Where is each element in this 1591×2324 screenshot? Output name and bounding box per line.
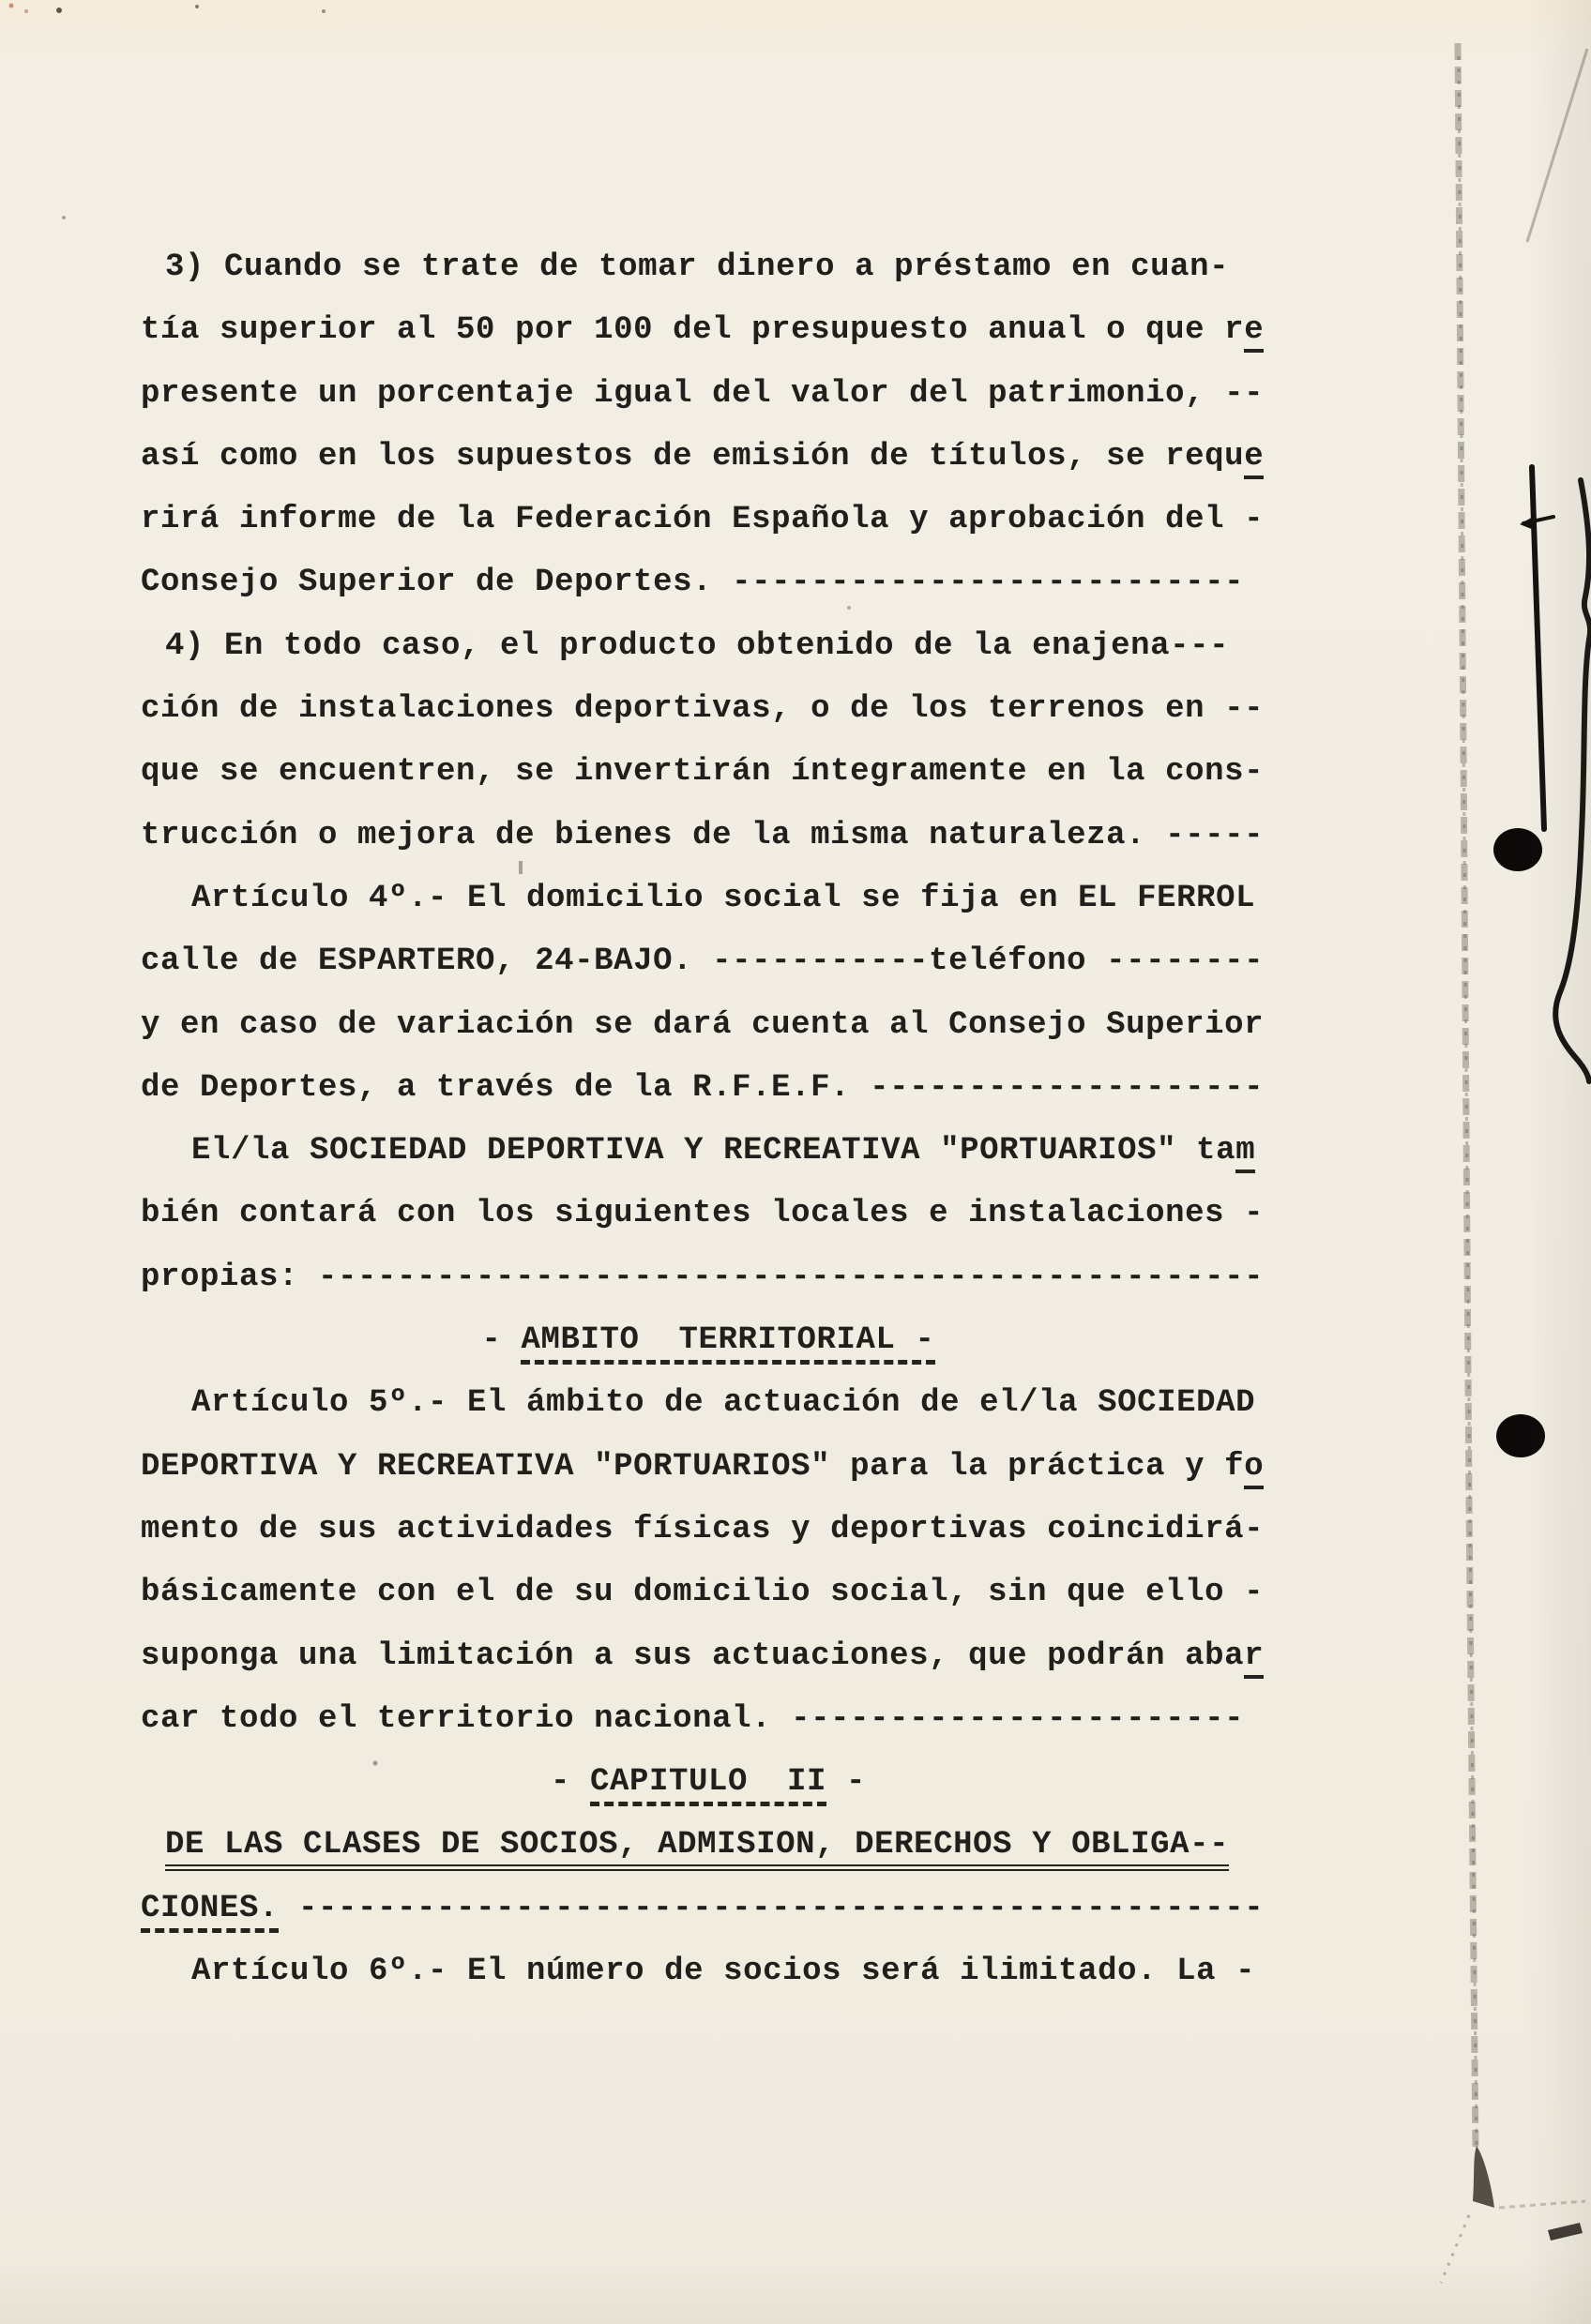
document-line: bién contará con los siguientes locales … (141, 1183, 1276, 1245)
text-segment: Consejo Superior de Deportes. ----------… (141, 565, 1244, 600)
text-segment: 3) Cuando se trate de tomar dinero a pré… (165, 249, 1229, 285)
document-line: Artículo 5º.- El ámbito de actuación de … (141, 1372, 1276, 1435)
underlined-text: m (1235, 1133, 1255, 1173)
text-segment: bién contará con los siguientes locales … (141, 1196, 1264, 1231)
text-segment: calle de ESPARTERO, 24-BAJO. -----------… (141, 943, 1264, 979)
text-segment: El/la SOCIEDAD DEPORTIVA Y RECREATIVA "P… (191, 1133, 1235, 1169)
document-line: DEPORTIVA Y RECREATIVA "PORTUARIOS" para… (141, 1436, 1276, 1499)
underlined-text: o (1244, 1449, 1264, 1489)
document-line: Consejo Superior de Deportes. ----------… (141, 551, 1276, 614)
text-segment: suponga una limitación a sus actuaciones… (141, 1638, 1244, 1674)
text-segment: 4) En todo caso, el producto obtenido de… (165, 628, 1229, 664)
underlined-text: DE LAS CLASES DE SOCIOS, ADMISION, DEREC… (165, 1827, 1229, 1871)
scan-streak (1441, 43, 1585, 2283)
scanned-document-page: 3) Cuando se trate de tomar dinero a pré… (0, 0, 1591, 2324)
document-line: mento de sus actividades físicas y depor… (141, 1499, 1276, 1562)
document-line: básicamente con el de su domicilio socia… (141, 1562, 1276, 1624)
text-segment: - (826, 1764, 866, 1800)
document-line: tía superior al 50 por 100 del presupues… (141, 299, 1276, 362)
text-segment: Artículo 6º.- El número de socios será i… (191, 1954, 1255, 1989)
text-segment: que se encuentren, se invertirán íntegra… (141, 754, 1264, 790)
document-line: Artículo 6º.- El número de socios será i… (141, 1940, 1276, 2003)
document-line: 4) En todo caso, el producto obtenido de… (141, 615, 1276, 678)
hole-punch-top (1493, 828, 1542, 871)
document-line: DE LAS CLASES DE SOCIOS, ADMISION, DEREC… (141, 1814, 1276, 1877)
document-line: calle de ESPARTERO, 24-BAJO. -----------… (141, 930, 1276, 993)
text-segment: ción de instalaciones deportivas, o de l… (141, 691, 1264, 727)
underlined-text: e (1244, 312, 1264, 353)
pen-mark-left-stroke (1520, 467, 1553, 829)
hole-punch-bottom (1496, 1414, 1545, 1457)
underlined-text: CAPITULO II (590, 1764, 826, 1806)
text-segment: de Deportes, a través de la R.F.E.F. ---… (141, 1070, 1264, 1106)
document-line: - AMBITO TERRITORIAL - (141, 1309, 1276, 1372)
text-segment: ----------------------------------------… (279, 1891, 1264, 1926)
text-segment: presente un porcentaje igual del valor d… (141, 376, 1264, 412)
text-segment: tía superior al 50 por 100 del presupues… (141, 312, 1244, 348)
document-text: 3) Cuando se trate de tomar dinero a pré… (141, 236, 1276, 2003)
document-line: presente un porcentaje igual del valor d… (141, 363, 1276, 426)
corner-crease-line (1527, 49, 1587, 242)
text-segment: propias: -------------------------------… (141, 1260, 1264, 1295)
text-segment: - (551, 1764, 590, 1800)
document-line: así como en los supuestos de emisión de … (141, 426, 1276, 489)
document-line: rirá informe de la Federación Española y… (141, 489, 1276, 551)
document-line: 3) Cuando se trate de tomar dinero a pré… (141, 236, 1276, 299)
document-line: ción de instalaciones deportivas, o de l… (141, 678, 1276, 741)
text-segment: rirá informe de la Federación Española y… (141, 502, 1264, 537)
underlined-text: CIONES. (141, 1891, 279, 1933)
underlined-text: AMBITO TERRITORIAL - (521, 1322, 934, 1365)
document-line: trucción o mejora de bienes de la misma … (141, 805, 1276, 868)
text-segment: así como en los supuestos de emisión de … (141, 439, 1244, 475)
text-segment: - (481, 1322, 521, 1358)
document-line: CIONES. --------------------------------… (141, 1878, 1276, 1940)
text-segment: básicamente con el de su domicilio socia… (141, 1575, 1264, 1610)
text-segment: Artículo 5º.- El ámbito de actuación de … (191, 1385, 1255, 1421)
document-line: que se encuentren, se invertirán íntegra… (141, 741, 1276, 804)
document-line: El/la SOCIEDAD DEPORTIVA Y RECREATIVA "P… (141, 1120, 1276, 1183)
document-line: de Deportes, a través de la R.F.E.F. ---… (141, 1057, 1276, 1120)
text-segment: trucción o mejora de bienes de la misma … (141, 818, 1264, 853)
document-line: Artículo 4º.- El domicilio social se fij… (141, 868, 1276, 930)
text-segment: Artículo 4º.- El domicilio social se fij… (191, 881, 1255, 916)
document-line: suponga una limitación a sus actuaciones… (141, 1625, 1276, 1688)
document-line: y en caso de variación se dará cuenta al… (141, 994, 1276, 1057)
underlined-text: e (1244, 439, 1264, 479)
text-segment: y en caso de variación se dará cuenta al… (141, 1007, 1264, 1043)
text-segment: DEPORTIVA Y RECREATIVA "PORTUARIOS" para… (141, 1449, 1244, 1485)
document-line: car todo el territorio nacional. -------… (141, 1688, 1276, 1751)
text-segment: car todo el territorio nacional. -------… (141, 1701, 1244, 1737)
underlined-text: r (1244, 1638, 1264, 1679)
text-segment: mento de sus actividades físicas y depor… (141, 1512, 1264, 1547)
pen-mark-right-stroke (1555, 480, 1590, 1081)
document-line: propias: -------------------------------… (141, 1246, 1276, 1309)
document-line: - CAPITULO II - (141, 1751, 1276, 1814)
